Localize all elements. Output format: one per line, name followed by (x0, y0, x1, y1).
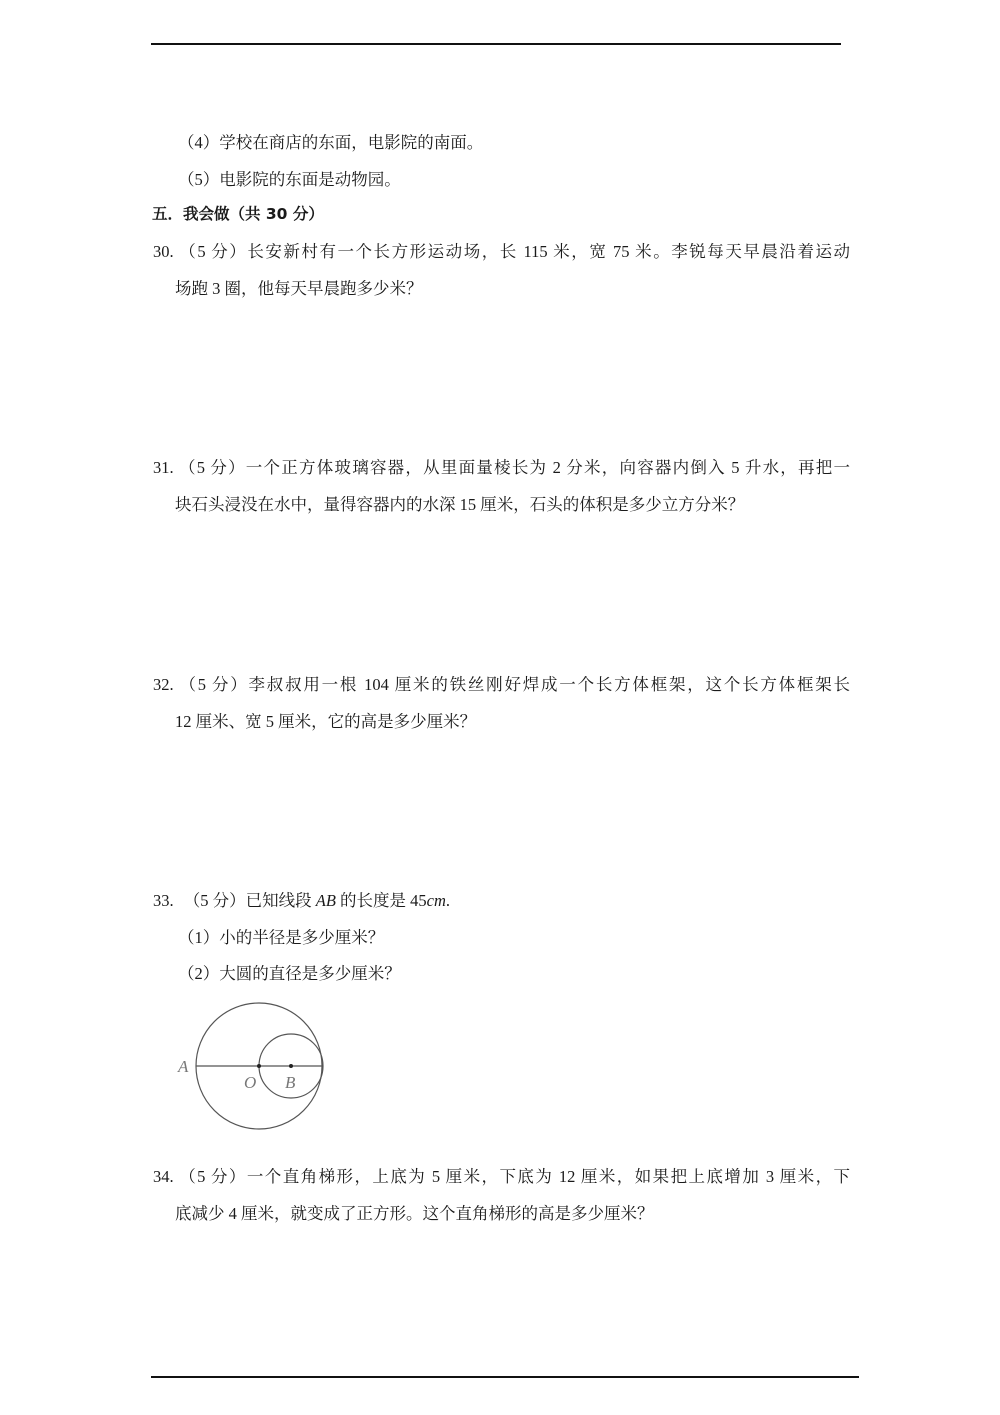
question-33-line1: 33. （5 分）已知线段 AB 的长度是 45cm. (153, 891, 450, 911)
sub-label: （1） (178, 928, 219, 947)
question-34-line2: 底减少 4 厘米，就变成了正方形。这个直角梯形的高是多少厘米？ (175, 1204, 654, 1224)
item-label: （4） (178, 133, 219, 152)
question-32-line2: 12 厘米、宽 5 厘米，它的高是多少厘米？ (175, 712, 476, 732)
question-33-sub-2: （2）大圆的直径是多少厘米？ (178, 964, 401, 984)
label-a: A (177, 1057, 189, 1076)
carryover-item-4: （4）学校在商店的东面，电影院的南面。 (178, 133, 483, 153)
item-label: （5） (178, 170, 219, 189)
question-33-sub-1: （1）小的半径是多少厘米？ (178, 928, 384, 948)
sub-text: 小的半径是多少厘米？ (219, 928, 384, 947)
question-number: 31. (153, 458, 174, 477)
question-text: 一个正方体玻璃容器，从里面量棱长为 2 分米，向容器内倒入 5 升水，再把一 (246, 458, 850, 477)
question-number: 30. (153, 242, 174, 261)
question-number: 32. (153, 675, 174, 694)
question-score: （5 分） (180, 675, 249, 694)
question-number: 34. (153, 1167, 174, 1186)
label-b: B (285, 1073, 296, 1092)
point-o (257, 1064, 261, 1068)
item-text: 学校在商店的东面，电影院的南面。 (219, 133, 483, 152)
question-30-line2: 场跑 3 圈，他每天早晨跑多少米？ (175, 279, 423, 299)
item-text: 电影院的东面是动物园。 (219, 170, 401, 189)
section-title: 五．我会做（共 30 分） (152, 204, 324, 224)
circles-figure: A O B (170, 995, 340, 1140)
question-text: 长安新村有一个长方形运动场，长 115 米，宽 75 米。李锐每天早晨沿着运动 (247, 242, 850, 261)
sub-text: 大圆的直径是多少厘米？ (219, 964, 401, 983)
segment-variable: AB (316, 891, 336, 910)
unit: cm (427, 891, 446, 910)
point-b (289, 1064, 293, 1068)
question-text: 一个直角梯形，上底为 5 厘米，下底为 12 厘米，如果把上底增加 3 厘米，下 (247, 1167, 850, 1186)
question-34-line1: 34. （5 分）一个直角梯形，上底为 5 厘米，下底为 12 厘米，如果把上底… (153, 1167, 850, 1187)
question-score: （5 分） (179, 242, 247, 261)
question-score: （5 分） (179, 1167, 247, 1186)
question-text: 李叔叔用一根 104 厘米的铁丝刚好焊成一个长方体框架，这个长方体框架长 (249, 675, 850, 694)
question-31-line1: 31. （5 分）一个正方体玻璃容器，从里面量棱长为 2 分米，向容器内倒入 5… (153, 458, 850, 478)
sub-label: （2） (178, 964, 219, 983)
question-number: 33. (153, 891, 174, 910)
period: . (446, 891, 450, 910)
footer-rule (151, 1376, 859, 1378)
question-31-line2: 块石头浸没在水中，量得容器内的水深 15 厘米，石头的体积是多少立方分米？ (175, 495, 744, 515)
header-rule (151, 43, 841, 45)
question-score: （5 分） (179, 458, 246, 477)
question-score: （5 分） (184, 891, 246, 910)
carryover-item-5: （5）电影院的东面是动物园。 (178, 170, 401, 190)
question-text-pre: 已知线段 (246, 891, 316, 910)
label-o: O (244, 1073, 256, 1092)
question-32-line1: 32. （5 分）李叔叔用一根 104 厘米的铁丝刚好焊成一个长方体框架，这个长… (153, 675, 850, 695)
question-text-mid: 的长度是 45 (336, 891, 427, 910)
question-30-line1: 30. （5 分）长安新村有一个长方形运动场，长 115 米，宽 75 米。李锐… (153, 242, 850, 262)
